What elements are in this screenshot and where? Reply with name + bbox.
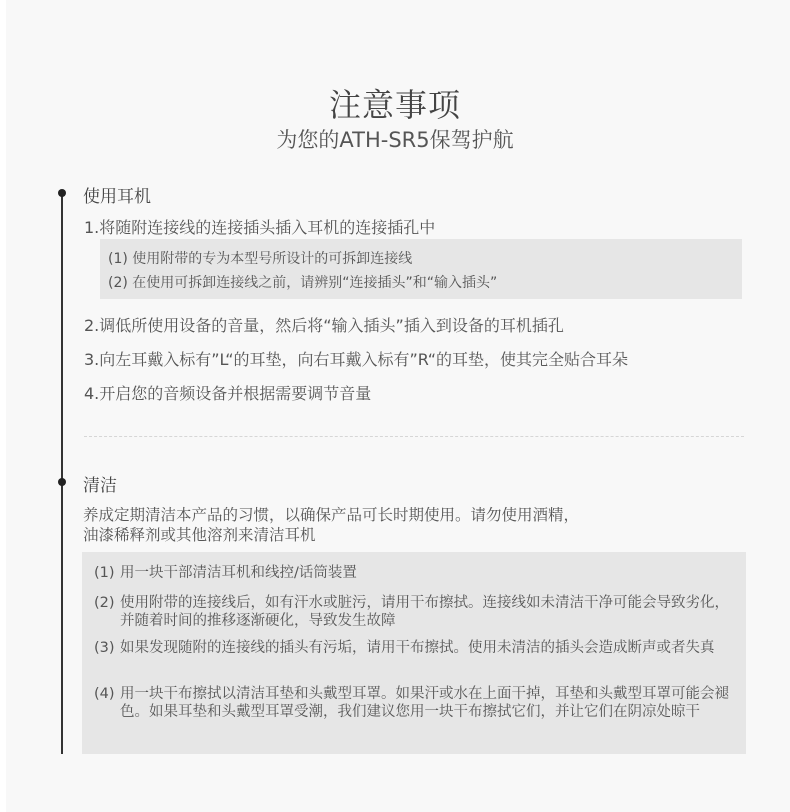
- step-2: 2.调低所使用设备的音量，然后将“输入插头”插入到设备的耳机插孔: [84, 313, 564, 336]
- item-text: 用一块干部清洁耳机和线控/话筒装置: [94, 564, 734, 582]
- cleaning-item: (3) 如果发现随附的连接线的插头有污垢，请用干布擦拭。使用未清洁的插头会造成断…: [94, 639, 734, 657]
- page-subtitle: 为您的ATH-SR5保驾护航: [0, 124, 790, 154]
- intro-line: 养成定期清洁本产品的习惯，以确保产品可长时期使用。请勿使用酒精，: [83, 505, 703, 525]
- section-title-usage: 使用耳机: [83, 182, 151, 207]
- cleaning-item: (2) 使用附带的连接线后，如有汗水或脏污，请用干布擦拭。连接线如未清洁干净可能…: [94, 594, 734, 630]
- section-divider: [84, 436, 744, 437]
- page-title: 注意事项: [0, 80, 790, 126]
- step-4: 4.开启您的音频设备并根据需要调节音量: [84, 381, 371, 404]
- cleaning-item: (1) 用一块干部清洁耳机和线控/话筒装置: [94, 564, 734, 582]
- cleaning-intro: 养成定期清洁本产品的习惯，以确保产品可长时期使用。请勿使用酒精， 油漆稀释剂或其…: [83, 505, 703, 545]
- note-item: (2) 在使用可拆卸连接线之前，请辨别“连接插头”和“输入插头”: [108, 272, 497, 292]
- timeline-line: [61, 192, 63, 754]
- note-item: (1) 使用附带的专为本型号所设计的可拆卸连接线: [108, 248, 412, 268]
- step-3: 3.向左耳戴入标有”L“的耳垫，向右耳戴入标有”R“的耳垫，使其完全贴合耳朵: [84, 347, 628, 370]
- item-text: 使用附带的连接线后，如有汗水或脏污，请用干布擦拭。连接线如未清洁干净可能会导致劣…: [94, 594, 734, 630]
- intro-line: 油漆稀释剂或其他溶剂来清洁耳机: [83, 525, 703, 545]
- item-number: (4): [94, 685, 115, 703]
- item-number: (1): [94, 564, 115, 582]
- item-number: (2): [94, 594, 115, 612]
- item-text: 如果发现随附的连接线的插头有污垢，请用干布擦拭。使用未清洁的插头会造成断声或者失…: [94, 639, 734, 657]
- step-1: 1.将随附连接线的连接插头插入耳机的连接插孔中: [84, 215, 435, 238]
- section-title-cleaning: 清洁: [83, 471, 117, 496]
- cleaning-item: (4) 用一块干布擦拭以清洁耳垫和头戴型耳罩。如果汗或水在上面干掉，耳垫和头戴型…: [94, 685, 734, 721]
- item-number: (3): [94, 639, 115, 657]
- timeline-dot-icon: [58, 189, 66, 197]
- item-text: 用一块干布擦拭以清洁耳垫和头戴型耳罩。如果汗或水在上面干掉，耳垫和头戴型耳罩可能…: [94, 685, 734, 721]
- cleaning-notes-box: (1) 用一块干部清洁耳机和线控/话筒装置 (2) 使用附带的连接线后，如有汗水…: [82, 552, 746, 754]
- timeline-dot-icon: [58, 478, 66, 486]
- step-1-notes-box: (1) 使用附带的专为本型号所设计的可拆卸连接线 (2) 在使用可拆卸连接线之前…: [100, 239, 742, 299]
